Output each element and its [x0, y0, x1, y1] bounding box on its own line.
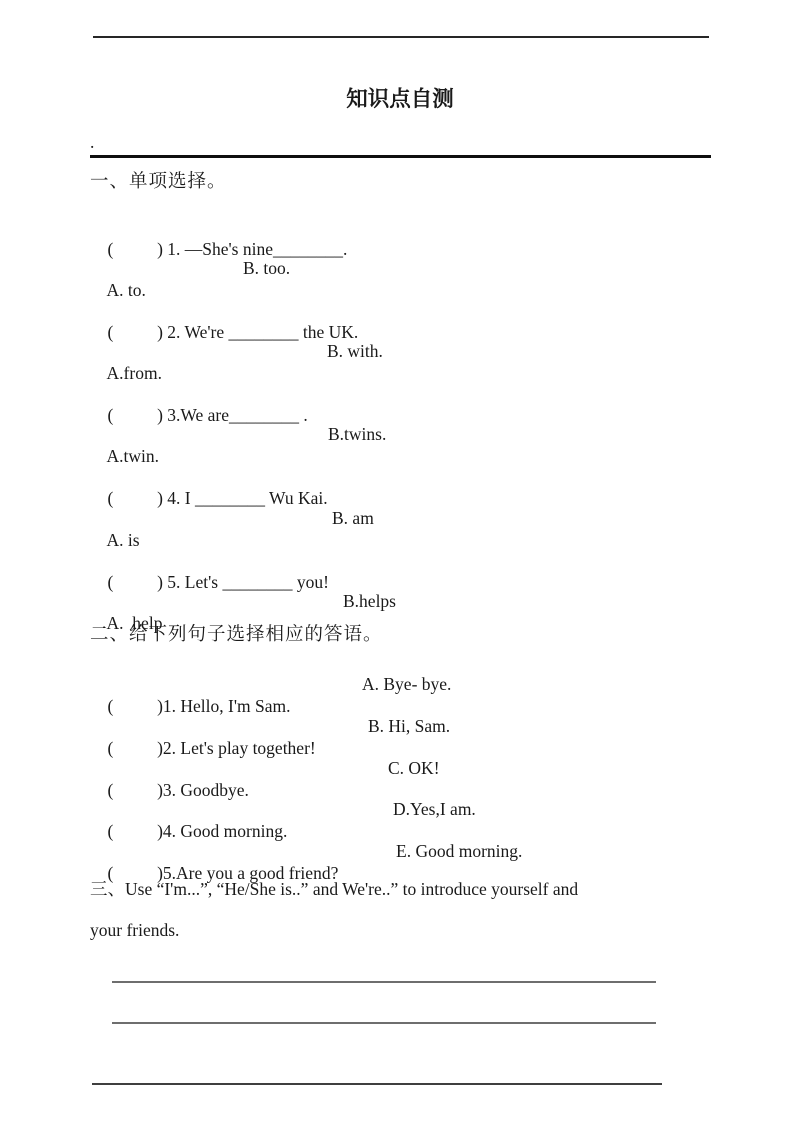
pair-right: A. Bye- bye. — [362, 673, 451, 695]
option-b: B. with. — [327, 340, 383, 362]
option-b: B. am — [332, 507, 374, 529]
top-rule — [93, 36, 709, 38]
option-a: A. to. — [107, 280, 146, 300]
pair-right: C. OK! — [388, 757, 440, 779]
question-text: ( ) 4. I ________ Wu Kai. — [108, 488, 328, 508]
pair-right: B. Hi, Sam. — [368, 715, 450, 737]
question-text: ( ) 2. We're ________ the UK. — [108, 322, 359, 342]
section2-heading: 二、给下列句子选择相应的答语。 — [90, 624, 730, 646]
option-b: B.helps — [343, 590, 396, 612]
answer-line-2 — [112, 1022, 656, 1024]
answer-line-3 — [92, 1083, 662, 1085]
option-b: B.twins. — [328, 423, 386, 445]
pair-right: E. Good morning. — [396, 840, 522, 862]
stray-dot: . — [90, 131, 730, 153]
pair-right: D.Yes,I am. — [393, 798, 476, 820]
worksheet-page: 知识点自测 . 一、单项选择。 ( ) 1. —She's nine______… — [0, 0, 793, 1122]
pair-left: ( )3. Goodbye. — [108, 780, 249, 800]
option-a: A.twin. — [107, 446, 160, 466]
question-text: ( ) 1. —She's nine________. — [108, 239, 348, 259]
question-text: ( ) 5. Let's ________ you! — [108, 572, 329, 592]
pair-left: ( )1. Hello, I'm Sam. — [108, 696, 291, 716]
header-divider-rule — [90, 155, 711, 158]
option-a: A.from. — [107, 363, 162, 383]
option-a: A. is — [107, 530, 140, 550]
section1-heading: 一、单项选择。 — [90, 171, 730, 193]
pair-left: ( )2. Let's play together! — [108, 738, 316, 758]
option-b: B. too. — [243, 257, 290, 279]
pair-left: ( )4. Good morning. — [108, 821, 288, 841]
page-title: 知识点自测 — [90, 82, 710, 113]
section3-heading-line2: your friends. — [90, 919, 730, 941]
answer-line-1 — [112, 981, 656, 983]
question-text: ( ) 3.We are________ . — [108, 405, 308, 425]
section3-heading-line1: 三、Use “I'm...”, “He/She is..” and We're.… — [90, 878, 730, 900]
